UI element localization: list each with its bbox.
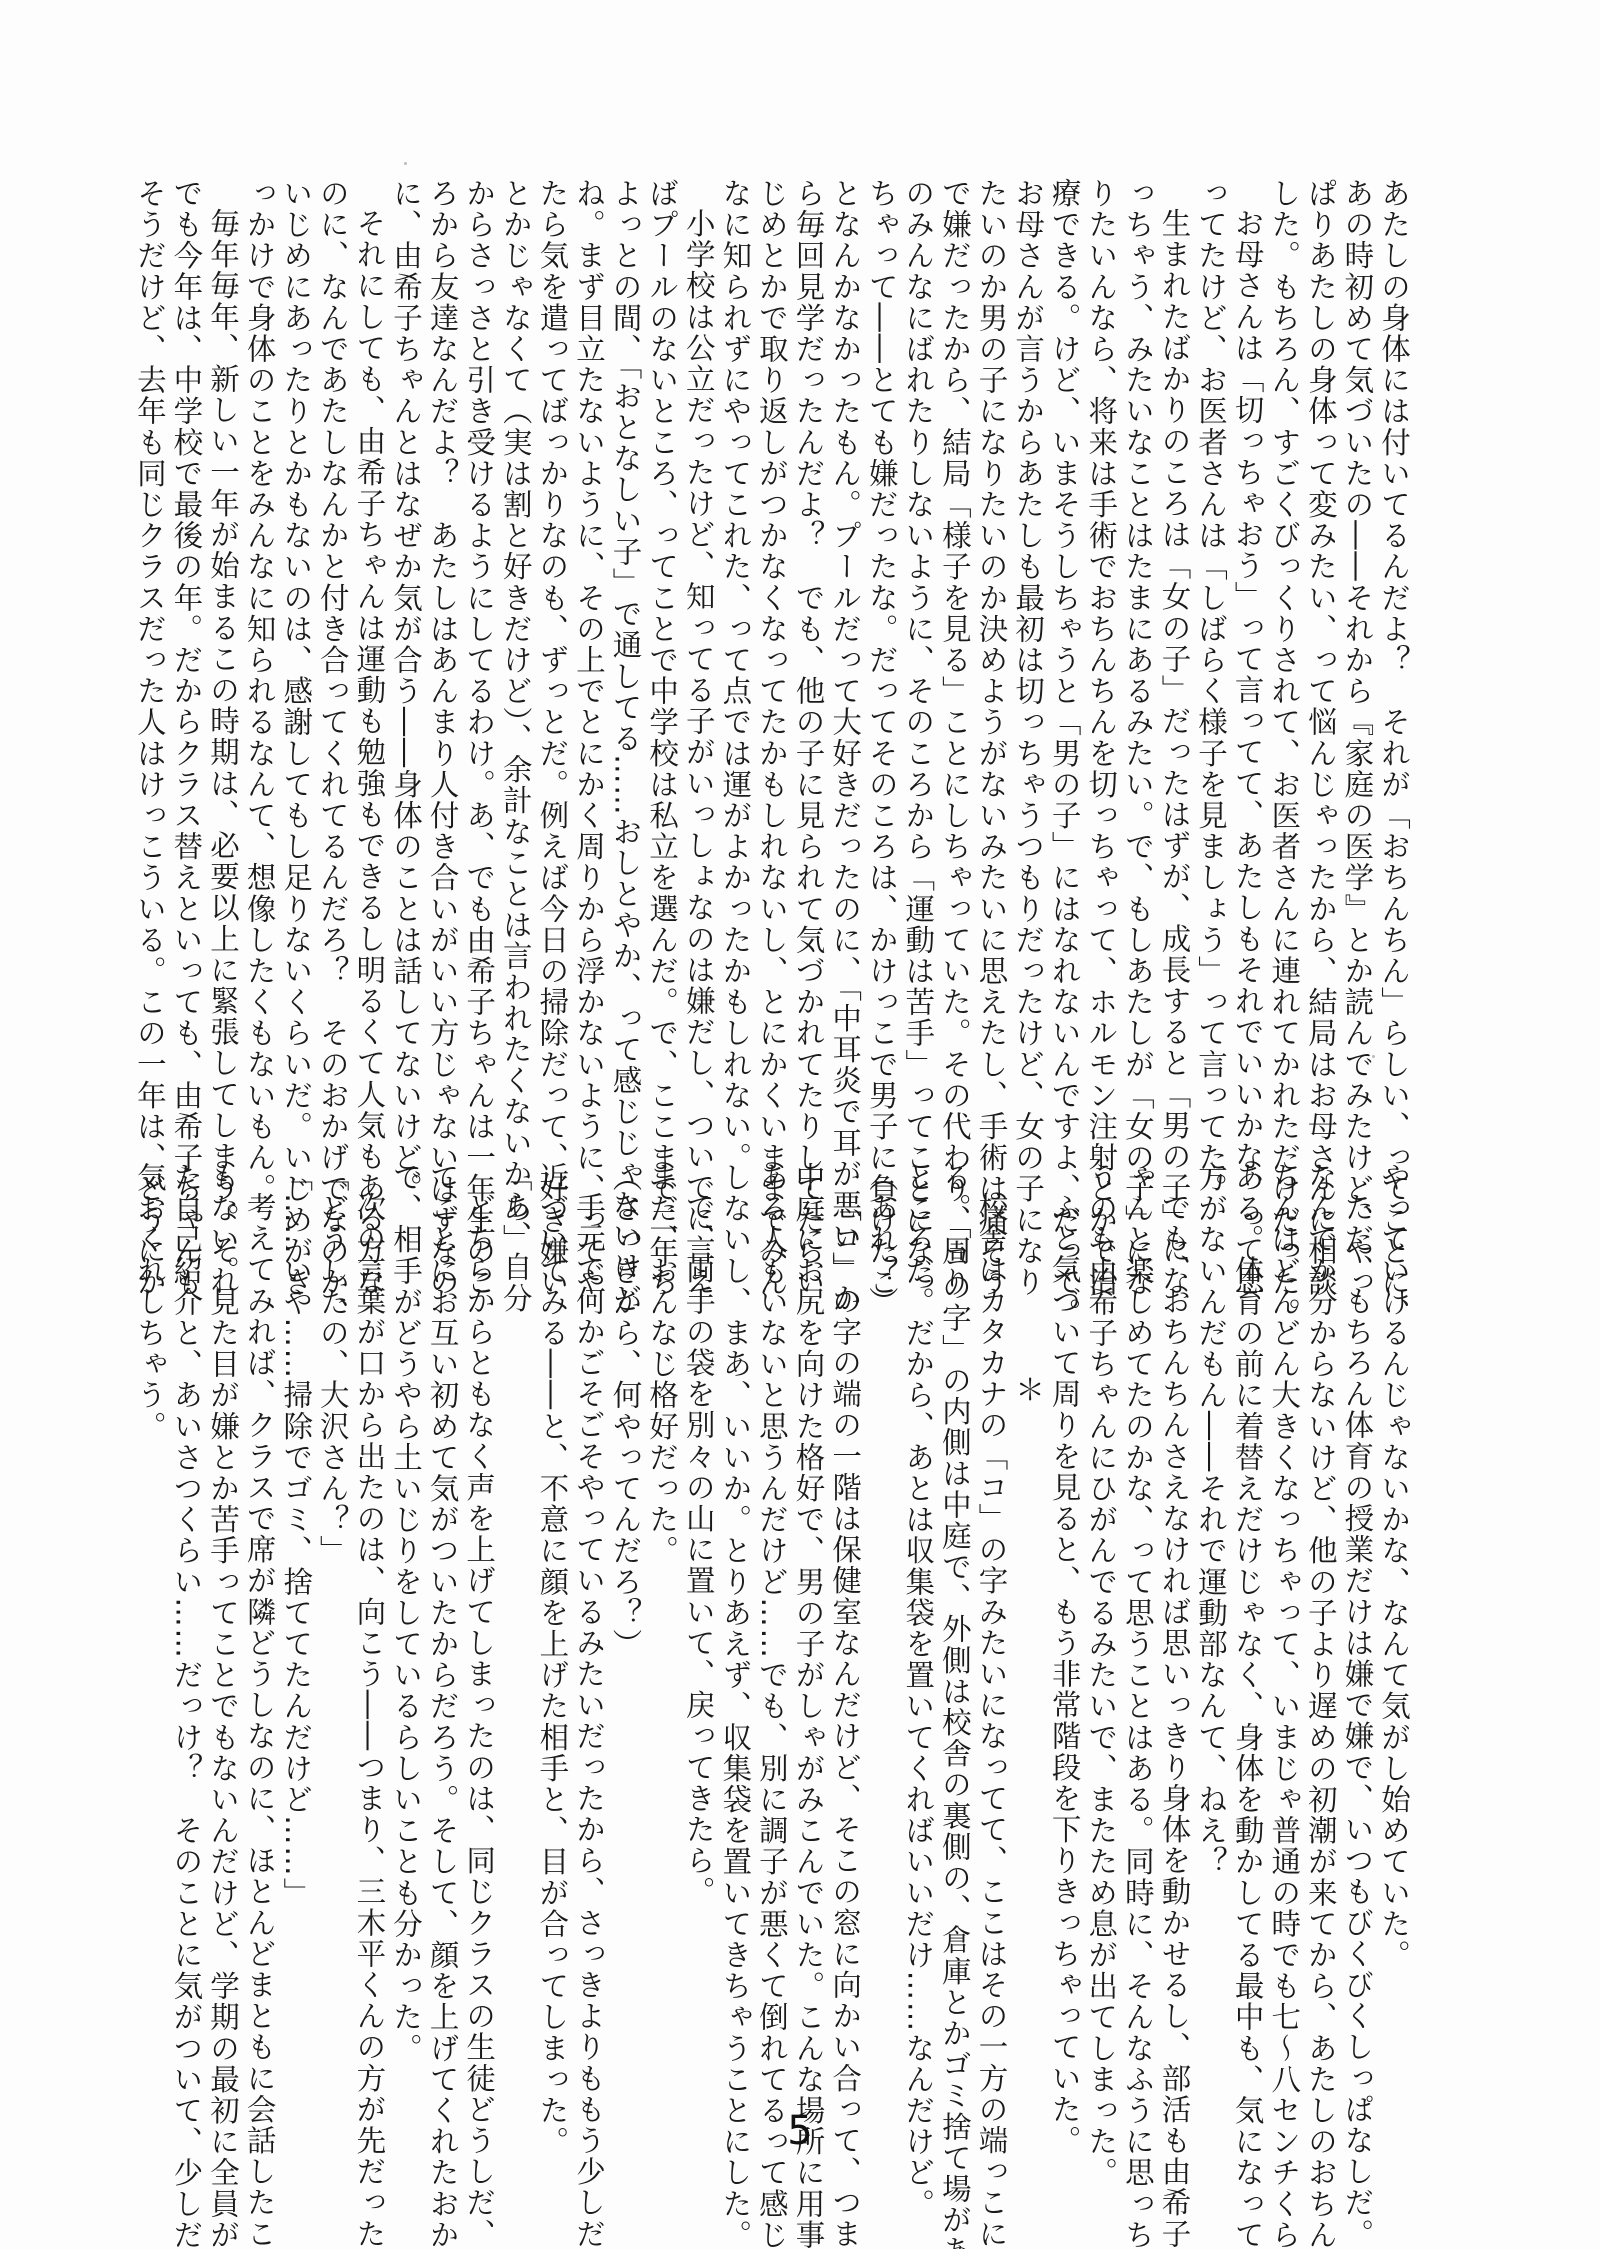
text-line: でも今年は、中学校で最後の年。だからクラス替えといっても、由希子ちゃんも [168,178,205,1108]
text-line: うのも由希子ちゃんにひがんでるみたいで、またため息が出てしまった。 [1083,1162,1120,2012]
text-line: あたしの身体には付いてるんだよ？ それが「おちんちん」らしい、ってことに、 [1375,178,1412,1108]
text-line: 校舎はカタカナの「コ」の字みたいになってて、ここはその一方の端っこにな [973,1162,1010,2012]
text-line: りたいんなら、将来は手術でおちんちんを切っちゃって、ホルモン注射とかで治 [1083,178,1120,1108]
text-line: のみんなにばれたりしないように、そのころから「運動は苦手」ってことになっ [900,178,937,1108]
text-line: 小学校は公立だったけど、知ってる子がいっしょなのは嫌だし、ついでに言え [680,178,717,1108]
text-line: なに知られずにやってこれた、って点では運がよかったかもしれない。 [717,178,754,1108]
text-line: 「あ」 [497,1162,534,2012]
text-line: た自己紹介と、あいさつくらい……だっけ？ そのことに気がついて、少しだけ [168,1162,205,2012]
text-line: 次の言葉が口から出たのは、向こう――つまり、三木平くんの方が先だった。 [351,1162,388,2012]
text-line: やっていけるんじゃないかな、なんて気がし始めていた。 [1375,1162,1412,2012]
text-line: しないし、まあ、いいか。とりあえず、収集袋を置いてきちゃうことにした。 [717,1162,754,2012]
text-line: じめとかで取り返しがつかなくなってたかもしれないし、とにかくいままでみん [753,178,790,1108]
text-line: した。もちろん、すごくびっくりされて、お医者さんに連れてかれただけだった。 [1266,178,1303,1108]
text-line: ってたけど、お医者さんは「しばらく様子を見ましょう」って言ってた。 [1192,178,1229,1108]
text-line: お母さんが言うからあたしも最初は切っちゃうつもりだったけど、女の子になり [1009,178,1046,1108]
text-line: ぱりあたしの身体って変みたい、って悩んじゃったから、結局はお母さんに相談 [1302,178,1339,1108]
text-line: っかけで身体のことをみんなに知られるなんて、想像したくもないもん。 [241,178,278,1108]
text-line: のに、なんであたしなんかと付き合ってくれてるんだろ？ そのおかげでなのか、 [314,178,351,1108]
text-line: で、相手がどうやら土いじりをしているらしいことも分かった。 [387,1162,424,2012]
text-line: 療できる。けど、いまそうしちゃうと「男の子」にはなれないんですよ、だって。 [1046,178,1083,1108]
text-line: ゃんと楽しめてたのかな、って思うことはある。同時に、そんなふうに思っちゃ [1119,1162,1156,2012]
page-number: 5 [0,2108,1600,2154]
text-line: 「……いや……掃除でゴミ、捨ててたんだけど……」 [278,1162,315,2012]
text-line: なんでか分からないけど、他の子より遅めの初潮が来てから、あたしのおちん [1302,1162,1339,2012]
text-line: に、由希子ちゃんとはなぜか気が合う――身体のことは話してないけど。 [387,178,424,1108]
text-line: ろから友達なんだよ？ あたしはあんまり人付き合いがいい方じゃないはずなの [424,178,461,1108]
text-line: よっとの間、「おとなしい子」で通してる……おしとやか、って感じじゃないけど [607,178,644,1108]
text-line: ところだ。だから、あとは収集袋を置いてくればいいだけ……なんだけど。 [900,1162,937,2012]
text-line: （さっきから、何やってんだろ？） [607,1162,644,2012]
text-line: お母さんは「切っちゃおう」って言ってて、あたしもそれでいいかな、って思 [1229,178,1266,1108]
text-line: 毎年毎年、新しい一年が始まるこの時期は、必要以上に緊張してしまう。それ [204,178,241,1108]
section-break-asterisk: ＊ [1009,1162,1046,2012]
text-line: 気おくれしちゃう。 [131,1162,168,2012]
text-line: 方がないんだもん――それで運動部なんて、ねえ？ [1192,1162,1229,2012]
text-line: となんかなかったもん。プールだって大好きだったのに、「中耳炎で耳が悪い」か [827,178,864,1108]
text-line: たいのか男の子になりたいのか決めようがないみたいに思えたし、手術は痛そう [973,178,1010,1108]
text-line: 近づいてみる――と、不意に顔を上げた相手と、目が合ってしまった。 [534,1162,571,2012]
text-line: でも、おちんちんさえなければ思いっきり身体を動かせるし、部活も由希子ち [1156,1162,1193,2012]
text-line: 手元で何かごそごそやっているみたいだったから、さっきよりももう少しだけ、 [570,1162,607,2012]
text-line: あの時初めて気づいたの――それから『家庭の医学』とか読んでみたけど、やっ [1339,178,1376,1108]
text-line: 中庭にお尻を向けた格好で、男の子がしゃがみこんでいた。こんな場所に用事が [790,1162,827,2012]
text-line: ある。体育の前に着替えだけじゃなく、身体を動かしてる最中も、気になって仕 [1229,1162,1266,2012]
text-line: ある人もいないと思うんだけど……でも、別に調子が悪くて倒れてるって感じも [753,1162,790,2012]
text-line: ふと気づいて周りを見ると、もう非常階段を下りきっちゃっていた。 [1046,1162,1083,2012]
text-line: それにしても、由希子ちゃんは運動も勉強もできるし明るくて人気もある方な [351,178,388,1108]
text-line: ちんはどんどん大きくなっちゃって、いまじゃ普通の時でも七～八センチくらい [1266,1162,1303,2012]
text-line: もない。見た目が嫌とか苦手ってことでもないんだけど、学期の最初に全員がし [204,1162,241,2012]
text-line: ただ、もちろん体育の授業だけは嫌で嫌で、いつもびくびくしっぱなしだ。 [1339,1162,1376,2012]
text-line: っちゃう、みたいなことはたまにあるみたい。で、もしあたしが「女の子」にな [1119,178,1156,1108]
text-line: 「どうしたの、大沢さん？」 [314,1162,351,2012]
text-line: ちゃって――とても嫌だったな。だってそのころは、かけっこで男子に負けたこ [863,178,900,1108]
scan-speck [404,162,407,165]
text-line: で嫌だったから、結局「様子を見る」ことにしちゃっていた。その代わり、周り [936,178,973,1108]
text-line: 生まれたばかりのころは「女の子」だったはずが、成長すると「男の子」にな [1156,178,1193,1108]
text-line: （あれ？） [863,1162,900,2012]
text-line: 「コ」の字の端の一階は保健室なんだけど、そこの窓に向かい合って、つまり [827,1162,864,2012]
book-page: あたしの身体には付いてるんだよ？ それが「おちんちん」らしい、ってことに、あの時… [0,0,1600,2249]
text-line: てことにお互い初めて気がついたからだろう。そして、顔を上げてくれたおかげ [424,1162,461,2012]
text-line: からさっさと引き受けるようにしてるわけ。あ、でも由希子ちゃんは一年生のこ [461,178,498,1108]
text-line: まだ、おんなじ格好だった。 [644,1162,681,2012]
lower-text-block: やっていけるんじゃないかな、なんて気がし始めていた。ただ、もちろん体育の授業だけ… [152,1162,1412,2012]
text-line: いじめにあったりとかもないのは、感謝してもし足りないくらいだ。いじめがき [278,178,315,1108]
text-line: とかじゃなくて（実は割と好きだけど）、余計なことは言われたくないから、自分 [497,178,534,1108]
upper-text-block: あたしの身体には付いてるんだよ？ それが「おちんちん」らしい、ってことに、あの時… [152,178,1412,1108]
text-line: で、両手の袋を別々の山に置いて、戻ってきたら。 [680,1162,717,2012]
text-line: る。「コの字」の内側は中庭で、外側は校舎の裏側の、倉庫とかゴミ捨て場がある [936,1162,973,2012]
text-line: ね。まず目立たないように、その上でとにかく周りから浮かないように、ってや [570,178,607,1108]
text-line: そうだけど、去年も同じクラスだった人はけっこういる。この一年は、どうにか [131,178,168,1108]
text-line: どちらからともなく声を上げてしまったのは、同じクラスの生徒どうしだ、っ [461,1162,498,2012]
text-line: ら毎回見学だったんだよ？ でも、他の子に見られて気づかれてたりしてたらい [790,178,827,1108]
text-line: 考えてみれば、クラスで席が隣どうしなのに、ほとんどまともに会話したこと [241,1162,278,2012]
text-line: たら気を遣ってばっかりなのも、ずっとだ。例えば今日の掃除だって、好き嫌い [534,178,571,1108]
text-line: ばプールのないところ、ってことで中学校は私立を選んだ。で、ここまで二年ち [644,178,681,1108]
